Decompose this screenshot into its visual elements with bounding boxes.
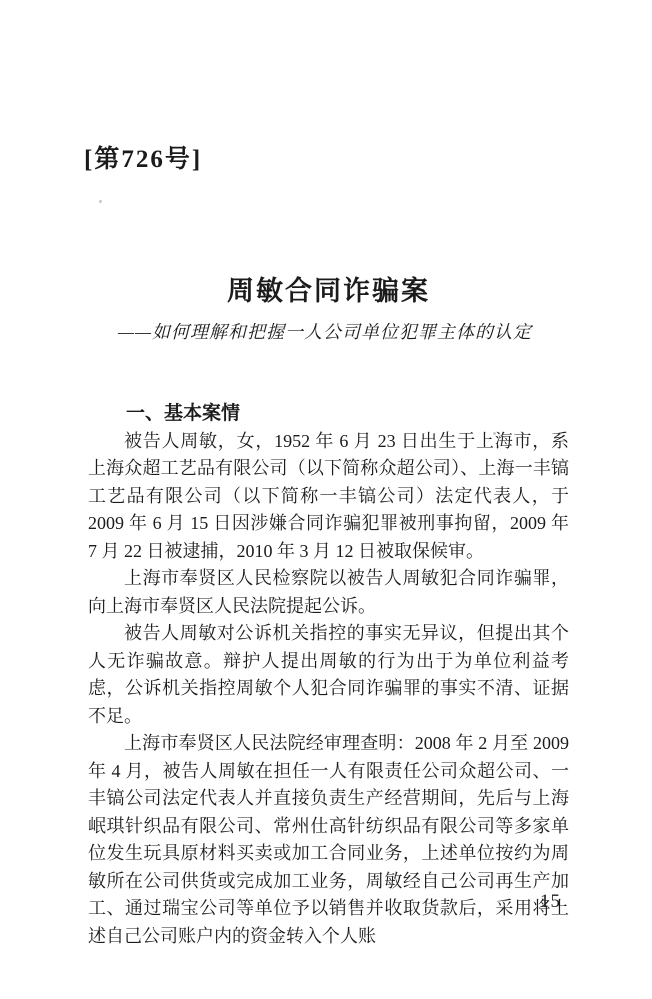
scan-speck [99, 200, 102, 203]
scan-speck [493, 432, 496, 435]
document-page: [第726号] 周敏合同诈骗案 ——如何理解和把握一人公司单位犯罪主体的认定 一… [0, 0, 652, 999]
page-number: 15 [540, 891, 561, 913]
case-number-label: [第726号] [84, 139, 202, 175]
case-subtitle: ——如何理解和把握一人公司单位犯罪主体的认定 [70, 319, 580, 345]
body-text: 一、基本案情 被告人周敏，女，1952 年 6 月 23 日出生于上海市，系上海… [88, 400, 569, 950]
section-heading-basic-facts: 一、基本案情 [88, 400, 569, 428]
paragraph-court-findings: 上海市奉贤区人民法院经审理查明：2008 年 2 月至 2009 年 4 月，被… [88, 730, 569, 950]
case-title: 周敏合同诈骗案 [88, 274, 569, 308]
paragraph-defense: 被告人周敏对公诉机关指控的事实无异议，但提出其个人无诈骗故意。辩护人提出周敏的行… [88, 620, 569, 730]
paragraph-prosecution: 上海市奉贤区人民检察院以被告人周敏犯合同诈骗罪，向上海市奉贤区人民法院提起公诉。 [88, 565, 569, 620]
paragraph-defendant-info: 被告人周敏，女，1952 年 6 月 23 日出生于上海市，系上海众超工艺品有限… [88, 428, 569, 566]
